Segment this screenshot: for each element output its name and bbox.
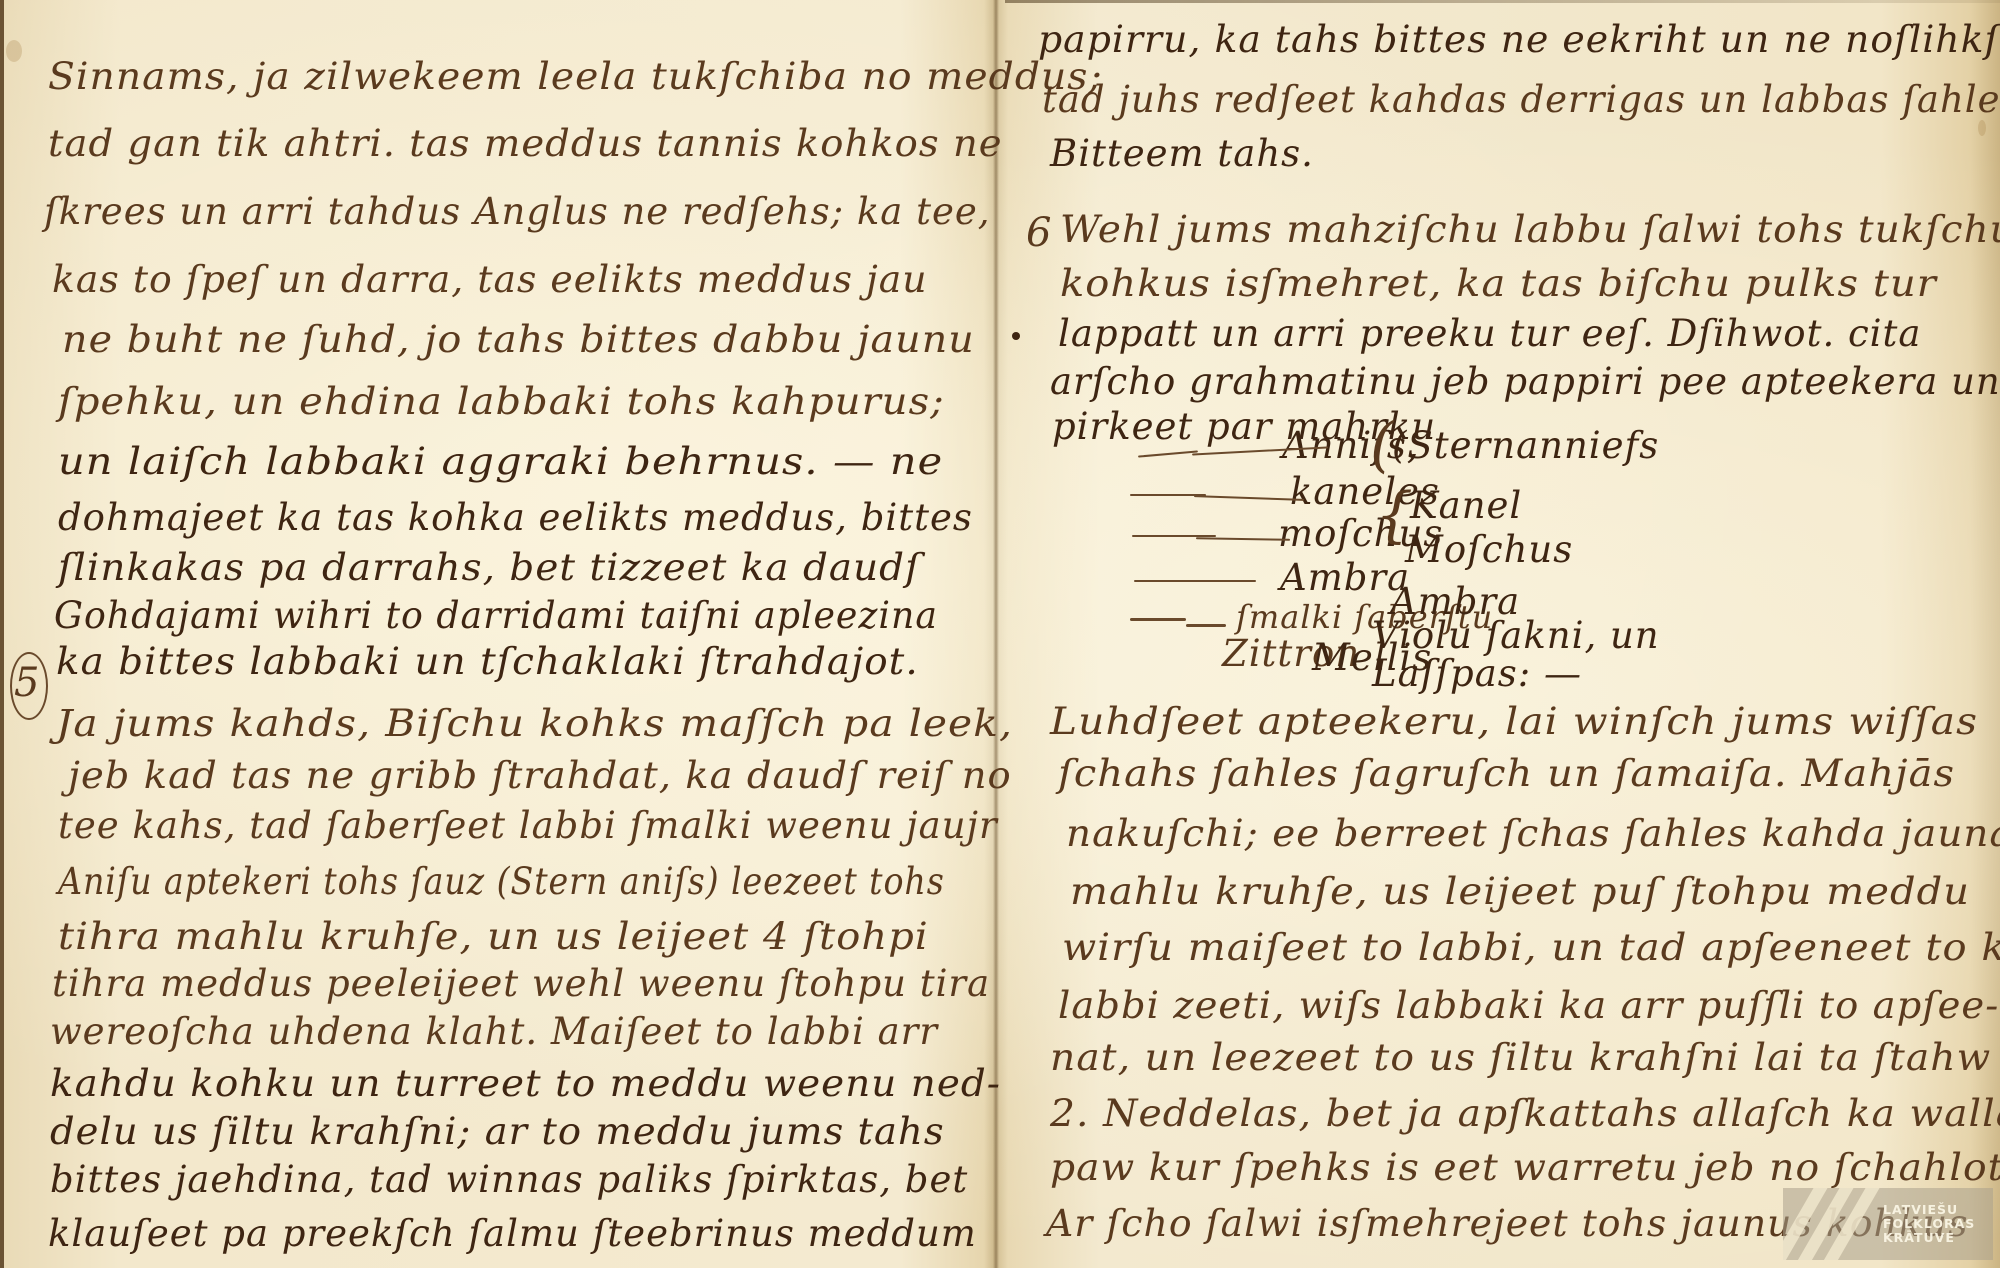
manuscript-line: arſcho grahmatinu jeb pappiri pee apteek… [1050, 360, 2000, 403]
manuscript-line: tihra meddus peeleijeet wehl weenu ſtohp… [52, 962, 990, 1005]
ditto-dash [1138, 450, 1198, 457]
manuscript-line: Bitteem tahs. [1050, 132, 1314, 175]
manuscript-line: ſkrees un arri tahdus Anglus ne redſehs;… [44, 190, 991, 233]
section-number-6: 6 [1026, 210, 1051, 256]
manuscript-line: klauſeet pa preekſch ſalmu ſteebrinus me… [48, 1212, 977, 1255]
manuscript-line: un laiſch labbaki aggraki behrnus. — ne [58, 440, 943, 483]
ditto-dash [1186, 624, 1226, 627]
manuscript-line: paw kur ſpehks is eet warretu jeb no ſch… [1050, 1146, 2000, 1189]
manuscript-line: ſlinkakas pa darrahs, bet tizzeet ka dau… [58, 546, 921, 589]
manuscript-line: Luhdſeet apteekeru, lai winſch jums wiſſ… [1050, 700, 1978, 743]
section-number-label: 6 [1026, 210, 1051, 256]
section-number-5: 5 [14, 660, 39, 706]
manuscript-line: kahdu kohku un turreet to meddu weenu ne… [50, 1062, 1001, 1105]
manuscript-line: ne buht ne ſuhd, jo tahs bittes dabbu ja… [62, 318, 975, 361]
manuscript-line: dohmajeet ka tas kohka eelikts meddus, b… [58, 496, 973, 539]
ditto-dash [1196, 580, 1256, 582]
ditto-dash [1196, 537, 1290, 541]
manuscript-line: kohkus isſmehret, ka tas biſchu pulks tu… [1060, 262, 1937, 305]
right-page: papirru, ka tahs bittes ne eekriht un ne… [1000, 0, 2000, 1268]
ingredient-latin: Laſſpas: — [1372, 652, 1582, 695]
manuscript-line: tihra mahlu kruhſe, un us leijeet 4 ſtoh… [58, 915, 929, 958]
archive-name-line: KRĀTUVE [1883, 1231, 1975, 1245]
manuscript-line: Gohdajami wihri to darridami taiſni aple… [54, 594, 938, 637]
manuscript-line: wirſu maiſeet to labbi, un tad apſeeneet… [1062, 926, 2000, 969]
manuscript-line: 2. Neddelas, bet ja apſkattahs allaſch k… [1050, 1092, 2000, 1135]
archive-name-line: FOLKLORAS [1883, 1217, 1975, 1231]
manuscript-line: ſchahs ſahles ſagruſch un ſamaiſa. Mahjā… [1058, 752, 1955, 795]
ingredient-latin: (Sternanniefs [1392, 424, 1659, 467]
manuscript-line: ſpehku, un ehdina labbaki tohs kahpurus; [58, 380, 945, 423]
manuscript-line: tee kahs, tad ſaberſeet labbi ſmalki wee… [58, 804, 998, 847]
manuscript-line: ka bittes labbaki un tſchaklaki ſtrahdaj… [56, 640, 919, 683]
manuscript-line: wereoſcha uhdena klaht. Maiſeet to labbi… [50, 1010, 938, 1053]
ditto-dash [1130, 618, 1186, 621]
manuscript-line: tad juhs redſeet kahdas derrigas un labb… [1042, 78, 2000, 121]
manuscript-line: labbi zeeti, wiſs labbaki ka arr puſſli … [1058, 984, 1999, 1027]
ingredient-latin: Kanel [1410, 484, 1522, 527]
ingredient-latin: Moſchus [1405, 528, 1573, 571]
ink-blot [1012, 332, 1020, 340]
manuscript-line: tad gan tik ahtri. tas meddus tannis koh… [48, 122, 1003, 165]
manuscript-line: nakuſchi; ee berreet ſchas ſahles kahda … [1066, 812, 2000, 855]
manuscript-line: Ja jums kahds, Biſchu kohks maſſch pa le… [56, 702, 1013, 745]
manuscript-line: Wehl jums mahziſchu labbu ſalwi tohs tuk… [1060, 208, 2000, 251]
manuscript-line: nat, un leezeet to us ſiltu krahſni lai … [1050, 1036, 1991, 1079]
manuscript-line: delu us ſiltu krahſni; ar to meddu jums … [50, 1110, 945, 1153]
manuscript-line: jeb kad tas ne gribb ſtrahdat, ka daudſ … [68, 754, 1012, 797]
ditto-dash [1194, 495, 1304, 501]
archive-name: LATVIEŠU FOLKLORAS KRĀTUVE [1883, 1203, 1975, 1245]
manuscript-spread: Sinnams, ja zilwekeem leela tukſchiba no… [0, 0, 2000, 1268]
archive-logo-icon [1783, 1188, 1883, 1260]
manuscript-line: kas to ſpeſ un darra, tas eelikts meddus… [52, 258, 928, 301]
archive-watermark: LATVIEŠU FOLKLORAS KRĀTUVE [1783, 1188, 1993, 1260]
left-page: Sinnams, ja zilwekeem leela tukſchiba no… [0, 0, 995, 1268]
archive-name-line: LATVIEŠU [1883, 1203, 1975, 1217]
manuscript-line: papirru, ka tahs bittes ne eekriht un ne… [1038, 18, 2000, 61]
manuscript-line: Aniſu aptekeri tohs ſauz (Stern aniſs) l… [58, 860, 945, 903]
section-ring [10, 652, 48, 720]
manuscript-line: mahlu kruhſe, us leijeet puſ ſtohpu medd… [1070, 870, 1970, 913]
ditto-dash [1134, 580, 1200, 582]
manuscript-line: lappatt un arri preeku tur eeſ. Dſihwot.… [1058, 312, 1921, 355]
manuscript-line: bittes jaehdina, tad winnas paliks ſpirk… [50, 1158, 968, 1201]
brace-bracket: ( [1370, 410, 1393, 480]
manuscript-line: Sinnams, ja zilwekeem leela tukſchiba no… [48, 55, 1103, 98]
